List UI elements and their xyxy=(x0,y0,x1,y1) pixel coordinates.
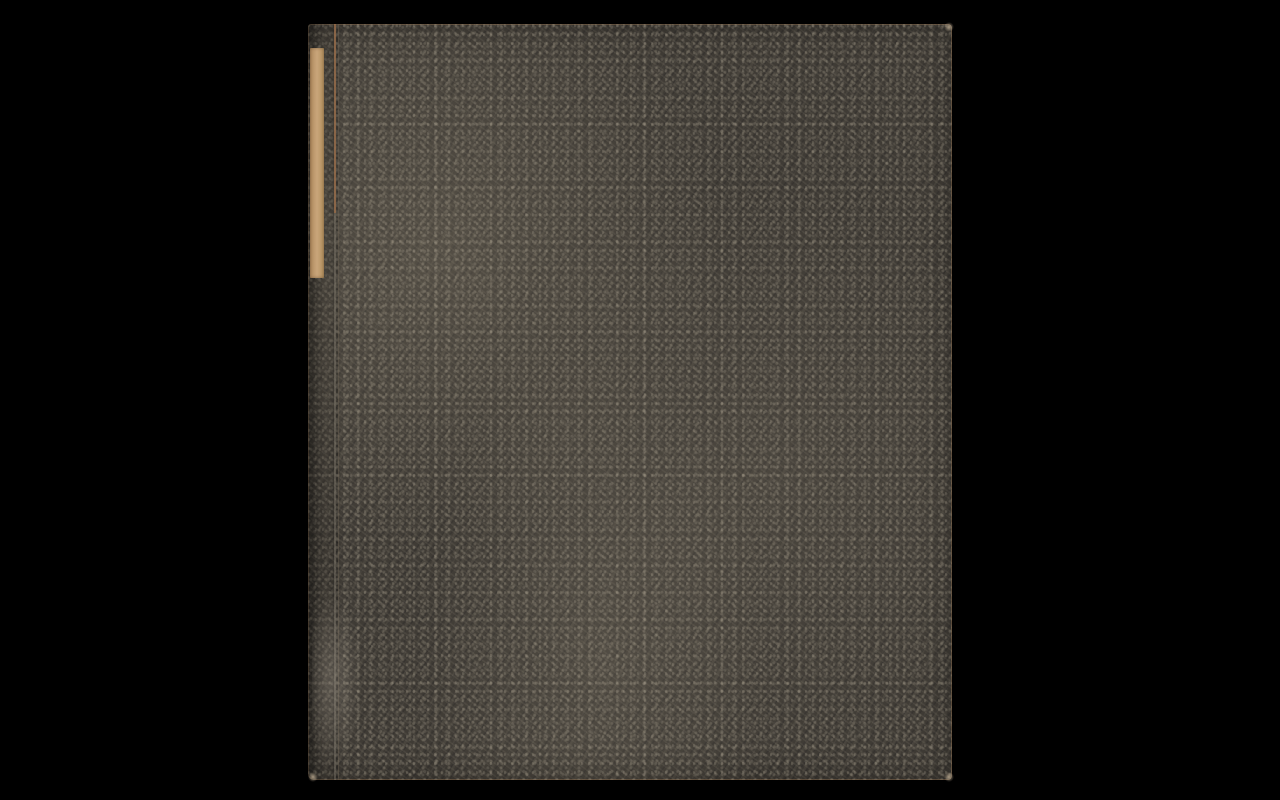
marbled-texture xyxy=(308,24,952,780)
spine-paper-label xyxy=(310,48,324,278)
worn-area xyxy=(312,590,362,770)
book-cover xyxy=(308,24,952,780)
corner-wear-top-right xyxy=(944,22,954,32)
corner-wear-bottom-left xyxy=(308,772,318,782)
photo-stage xyxy=(0,0,1280,800)
corner-wear-bottom-right xyxy=(944,772,954,782)
